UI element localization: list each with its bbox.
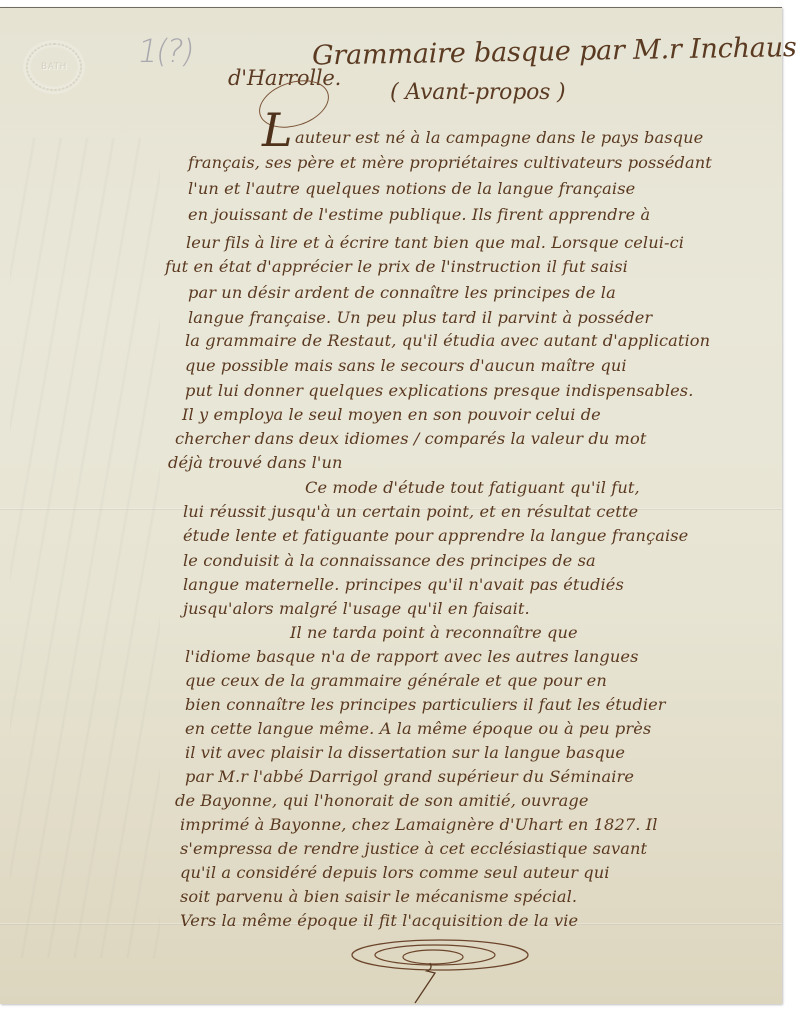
text-line: étude lente et fatiguante pour apprendre…	[183, 526, 688, 545]
text-line: que possible mais sans le secours d'aucu…	[185, 356, 627, 375]
text-line: qu'il a considéré depuis lors comme seul…	[180, 863, 610, 882]
text-line: jusqu'alors malgré l'usage qu'il en fais…	[183, 599, 530, 618]
text-line: imprimé à Bayonne, chez Lamaignère d'Uha…	[180, 815, 658, 834]
stamp-text: BATH	[41, 62, 67, 72]
text-line: s'empressa de rendre justice à cet ecclé…	[180, 839, 647, 858]
archive-number: 1(?)	[135, 32, 196, 70]
ink-bleed-through	[10, 138, 160, 958]
text-line: le conduisit à la connaissance des princ…	[183, 551, 596, 570]
text-line: que ceux de la grammaire générale et que…	[185, 671, 607, 690]
text-line: fut en état d'apprécier le prix de l'ins…	[165, 257, 628, 276]
text-line: Ce mode d'étude tout fatiguant qu'il fut…	[305, 478, 640, 497]
text-line: langue française. Un peu plus tard il pa…	[188, 308, 652, 327]
text-line: en jouissant de l'estime publique. Ils f…	[188, 205, 650, 224]
title-line-1: Grammaire basque par M.r Inchauspe	[312, 31, 798, 71]
text-line: Il y employa le seul moyen en son pouvoi…	[182, 405, 601, 424]
text-line: par M.r l'abbé Darrigol grand supérieur …	[185, 767, 634, 786]
text-line: bien connaître les principes particulier…	[185, 695, 666, 714]
text-line: Vers la même époque il fit l'acquisition…	[180, 911, 578, 930]
subtitle: ( Avant-propos )	[390, 80, 565, 105]
text-line: auteur est né à la campagne dans le pays…	[295, 128, 703, 147]
dropcap-letter: L	[262, 103, 293, 157]
text-line: il vit avec plaisir la dissertation sur …	[185, 743, 625, 762]
embossed-stamp-icon: BATH	[26, 43, 82, 91]
text-line: Il ne tarda point à reconnaître que	[290, 623, 578, 642]
spiral-flourish-icon	[345, 933, 545, 1013]
text-line: soit parvenu à bien saisir le mécanisme …	[180, 887, 577, 906]
text-line: leur fils à lire et à écrire tant bien q…	[186, 233, 684, 252]
text-line: l'idiome basque n'a de rapport avec les …	[185, 647, 638, 666]
text-line: put lui donner quelques explications pre…	[185, 381, 693, 400]
text-line: la grammaire de Restaut, qu'il étudia av…	[185, 331, 710, 350]
text-line: par un désir ardent de connaître les pri…	[188, 283, 616, 302]
manuscript-page: BATH 1(?) Grammaire basque par M.r Incha…	[0, 7, 782, 1004]
text-line: lui réussit jusqu'à un certain point, et…	[183, 502, 638, 521]
text-line: en cette langue même. A la même époque o…	[185, 719, 651, 738]
text-line: langue maternelle. principes qu'il n'ava…	[183, 575, 624, 594]
text-line: de Bayonne, qui l'honorait de son amitié…	[175, 791, 589, 810]
text-line: chercher dans deux idiomes / comparés la…	[175, 429, 646, 448]
text-line: l'un et l'autre quelques notions de la l…	[188, 179, 635, 198]
text-line: français, ses père et mère propriétaires…	[188, 153, 712, 172]
text-line: déjà trouvé dans l'un	[168, 453, 343, 472]
